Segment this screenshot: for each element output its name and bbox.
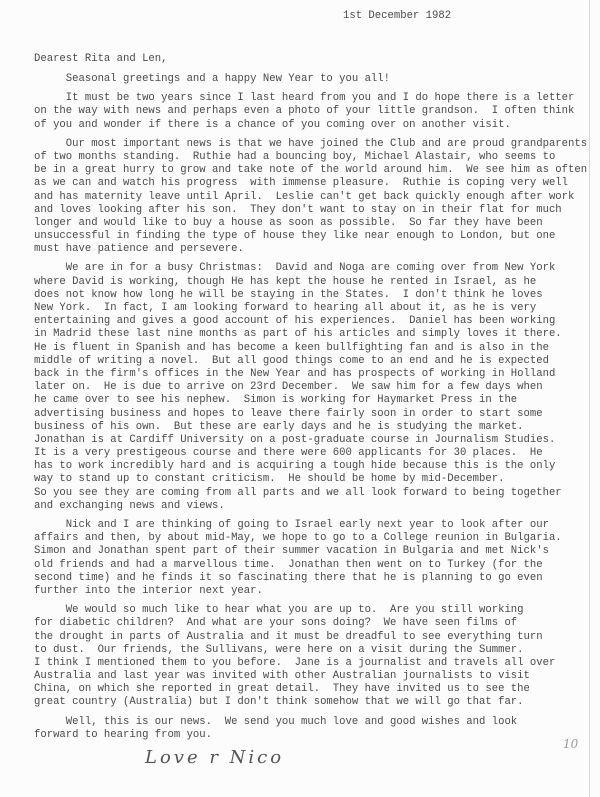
handwritten-page-mark: 10 [563,737,578,751]
text-line: Jonathan is at Cardiff University on a p… [34,434,594,447]
text-line: must have patience and persevere. [34,243,594,256]
text-line: We would so much like to hear what you a… [34,604,594,617]
letter-body: Seasonal greetings and a happy New Year … [34,73,594,748]
paragraph: Well, this is our news. We send you much… [34,716,594,742]
text-line: has to work incredibly hard and is acqui… [34,460,594,473]
text-line: Our most important news is that we have … [34,138,594,151]
text-line: he came over to see his nephew. Simon is… [34,394,594,407]
text-line: the drought in parts of Australia and it… [34,631,594,644]
text-line: way to stand up to constant criticism. H… [34,473,594,486]
text-line: I think I mentioned them to you before. … [34,657,594,670]
text-line: unsuccessful in finding the type of hous… [34,230,594,243]
text-line: of you and wonder if there is a chance o… [34,119,594,132]
text-line: affairs and then, by about mid-May, we h… [34,532,594,545]
text-line: Well, this is our news. We send you much… [34,716,594,729]
text-line: and loves looking after his son. They do… [34,204,594,217]
salutation: Dearest Rita and Len, [34,53,168,65]
text-line: to dust. Our friends, the Sullivans, wer… [34,644,594,657]
text-line: on the way with news and perhaps even a … [34,105,594,118]
paragraph: Seasonal greetings and a happy New Year … [34,73,594,86]
text-line: further into the interior next year. [34,585,594,598]
text-line: New York. In fact, I am looking forward … [34,302,594,315]
text-line: second time) and he finds it so fascinat… [34,572,594,585]
paragraph: We are in for a busy Christmas: David an… [34,262,594,513]
text-line: great country (Australia) but I don't th… [34,696,594,709]
text-line: Nick and I are thinking of going to Isra… [34,519,594,532]
text-line: and exchanging news and views. [34,500,594,513]
paragraph: Nick and I are thinking of going to Isra… [34,519,594,598]
text-line: So you see they are coming from all part… [34,487,594,500]
text-line: later on. He is due to arrive on 23rd De… [34,381,594,394]
paragraph: It must be two years since I last heard … [34,92,594,132]
text-line: where David is working, though He has ke… [34,276,594,289]
text-line: and has maternity leave until April. Les… [34,191,594,204]
text-line: of two months standing. Ruthie had a bou… [34,151,594,164]
text-line: Australia and last year was invited with… [34,670,594,683]
text-line: China, on which she reported in great de… [34,683,594,696]
text-line: for diabetic children? And what are your… [34,617,594,630]
letter-page: 1st December 1982 Dearest Rita and Len, … [0,0,600,797]
letter-date: 1st December 1982 [343,10,451,22]
text-line: back in the firm's offices in the New Ye… [34,368,594,381]
text-line: as we can and watch his progress with im… [34,177,594,190]
text-line: Seasonal greetings and a happy New Year … [34,73,594,86]
text-line: He is fluent in Spanish and has become a… [34,342,594,355]
handwritten-signature: Love r Nico [145,747,284,768]
text-line: It must be two years since I last heard … [34,92,594,105]
text-line: be in a great hurry to grow and take not… [34,164,594,177]
text-line: advertising business and hopes to leave … [34,408,594,421]
text-line: old friends and had a marvellous time. J… [34,559,594,572]
text-line: It is a very prestigeous course and ther… [34,447,594,460]
text-line: in Madrid these last nine months as part… [34,328,594,341]
text-line: business of his own. But these are early… [34,421,594,434]
text-line: forward to hearing from you. [34,729,594,742]
text-line: middle of writing a novel. But all good … [34,355,594,368]
text-line: does not know how long he will be stayin… [34,289,594,302]
text-line: longer and would like to buy a house as … [34,217,594,230]
text-line: We are in for a busy Christmas: David an… [34,262,594,275]
paragraph: We would so much like to hear what you a… [34,604,594,710]
text-line: entertaining and gives a good account of… [34,315,594,328]
paragraph: Our most important news is that we have … [34,138,594,257]
text-line: Simon and Jonathan spent part of their s… [34,545,594,558]
